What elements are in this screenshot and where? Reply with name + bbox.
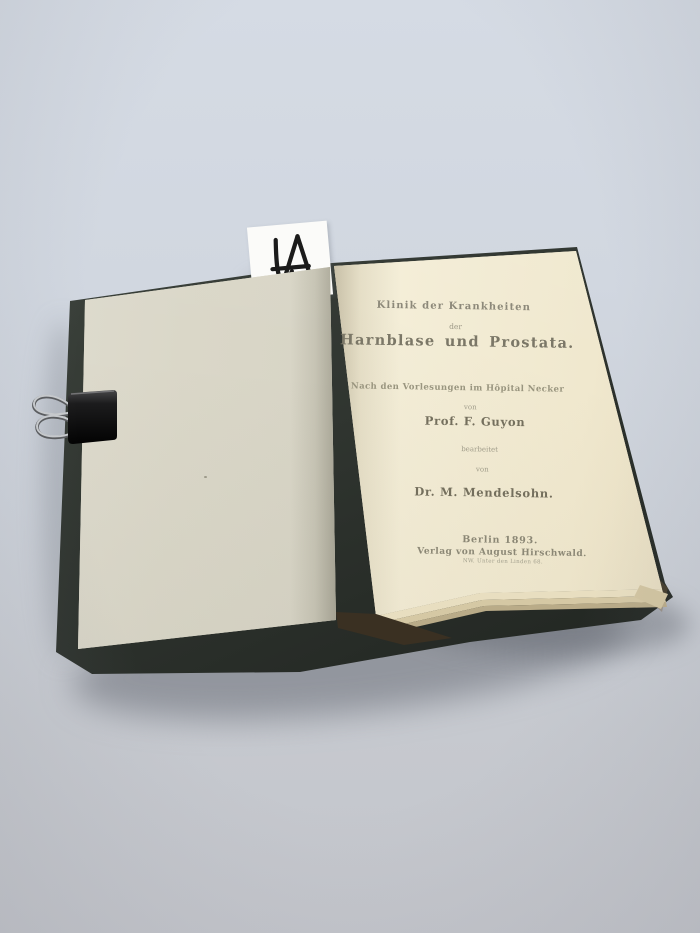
- von-line-1: von: [336, 401, 604, 413]
- bearbeitet-line: bearbeitet: [346, 443, 614, 455]
- clip-body: [68, 390, 117, 444]
- subtitle-line: Nach den Vorlesungen im Hôpital Necker: [324, 381, 592, 395]
- von-line-2: von: [348, 463, 616, 475]
- series-line: Klinik der Krankheiten: [320, 299, 588, 314]
- photo-scene: Klinik der Krankheiten der Harnblase und…: [0, 0, 700, 933]
- book-title: Harnblase und Prostata.: [323, 331, 591, 352]
- author-name: Prof. F. Guyon: [341, 412, 609, 430]
- paper-speck: [204, 476, 207, 478]
- title-page-text-block: Klinik der Krankheiten der Harnblase und…: [321, 297, 594, 591]
- binder-clip: [24, 386, 120, 456]
- editor-name: Dr. M. Mendelsohn.: [350, 483, 618, 501]
